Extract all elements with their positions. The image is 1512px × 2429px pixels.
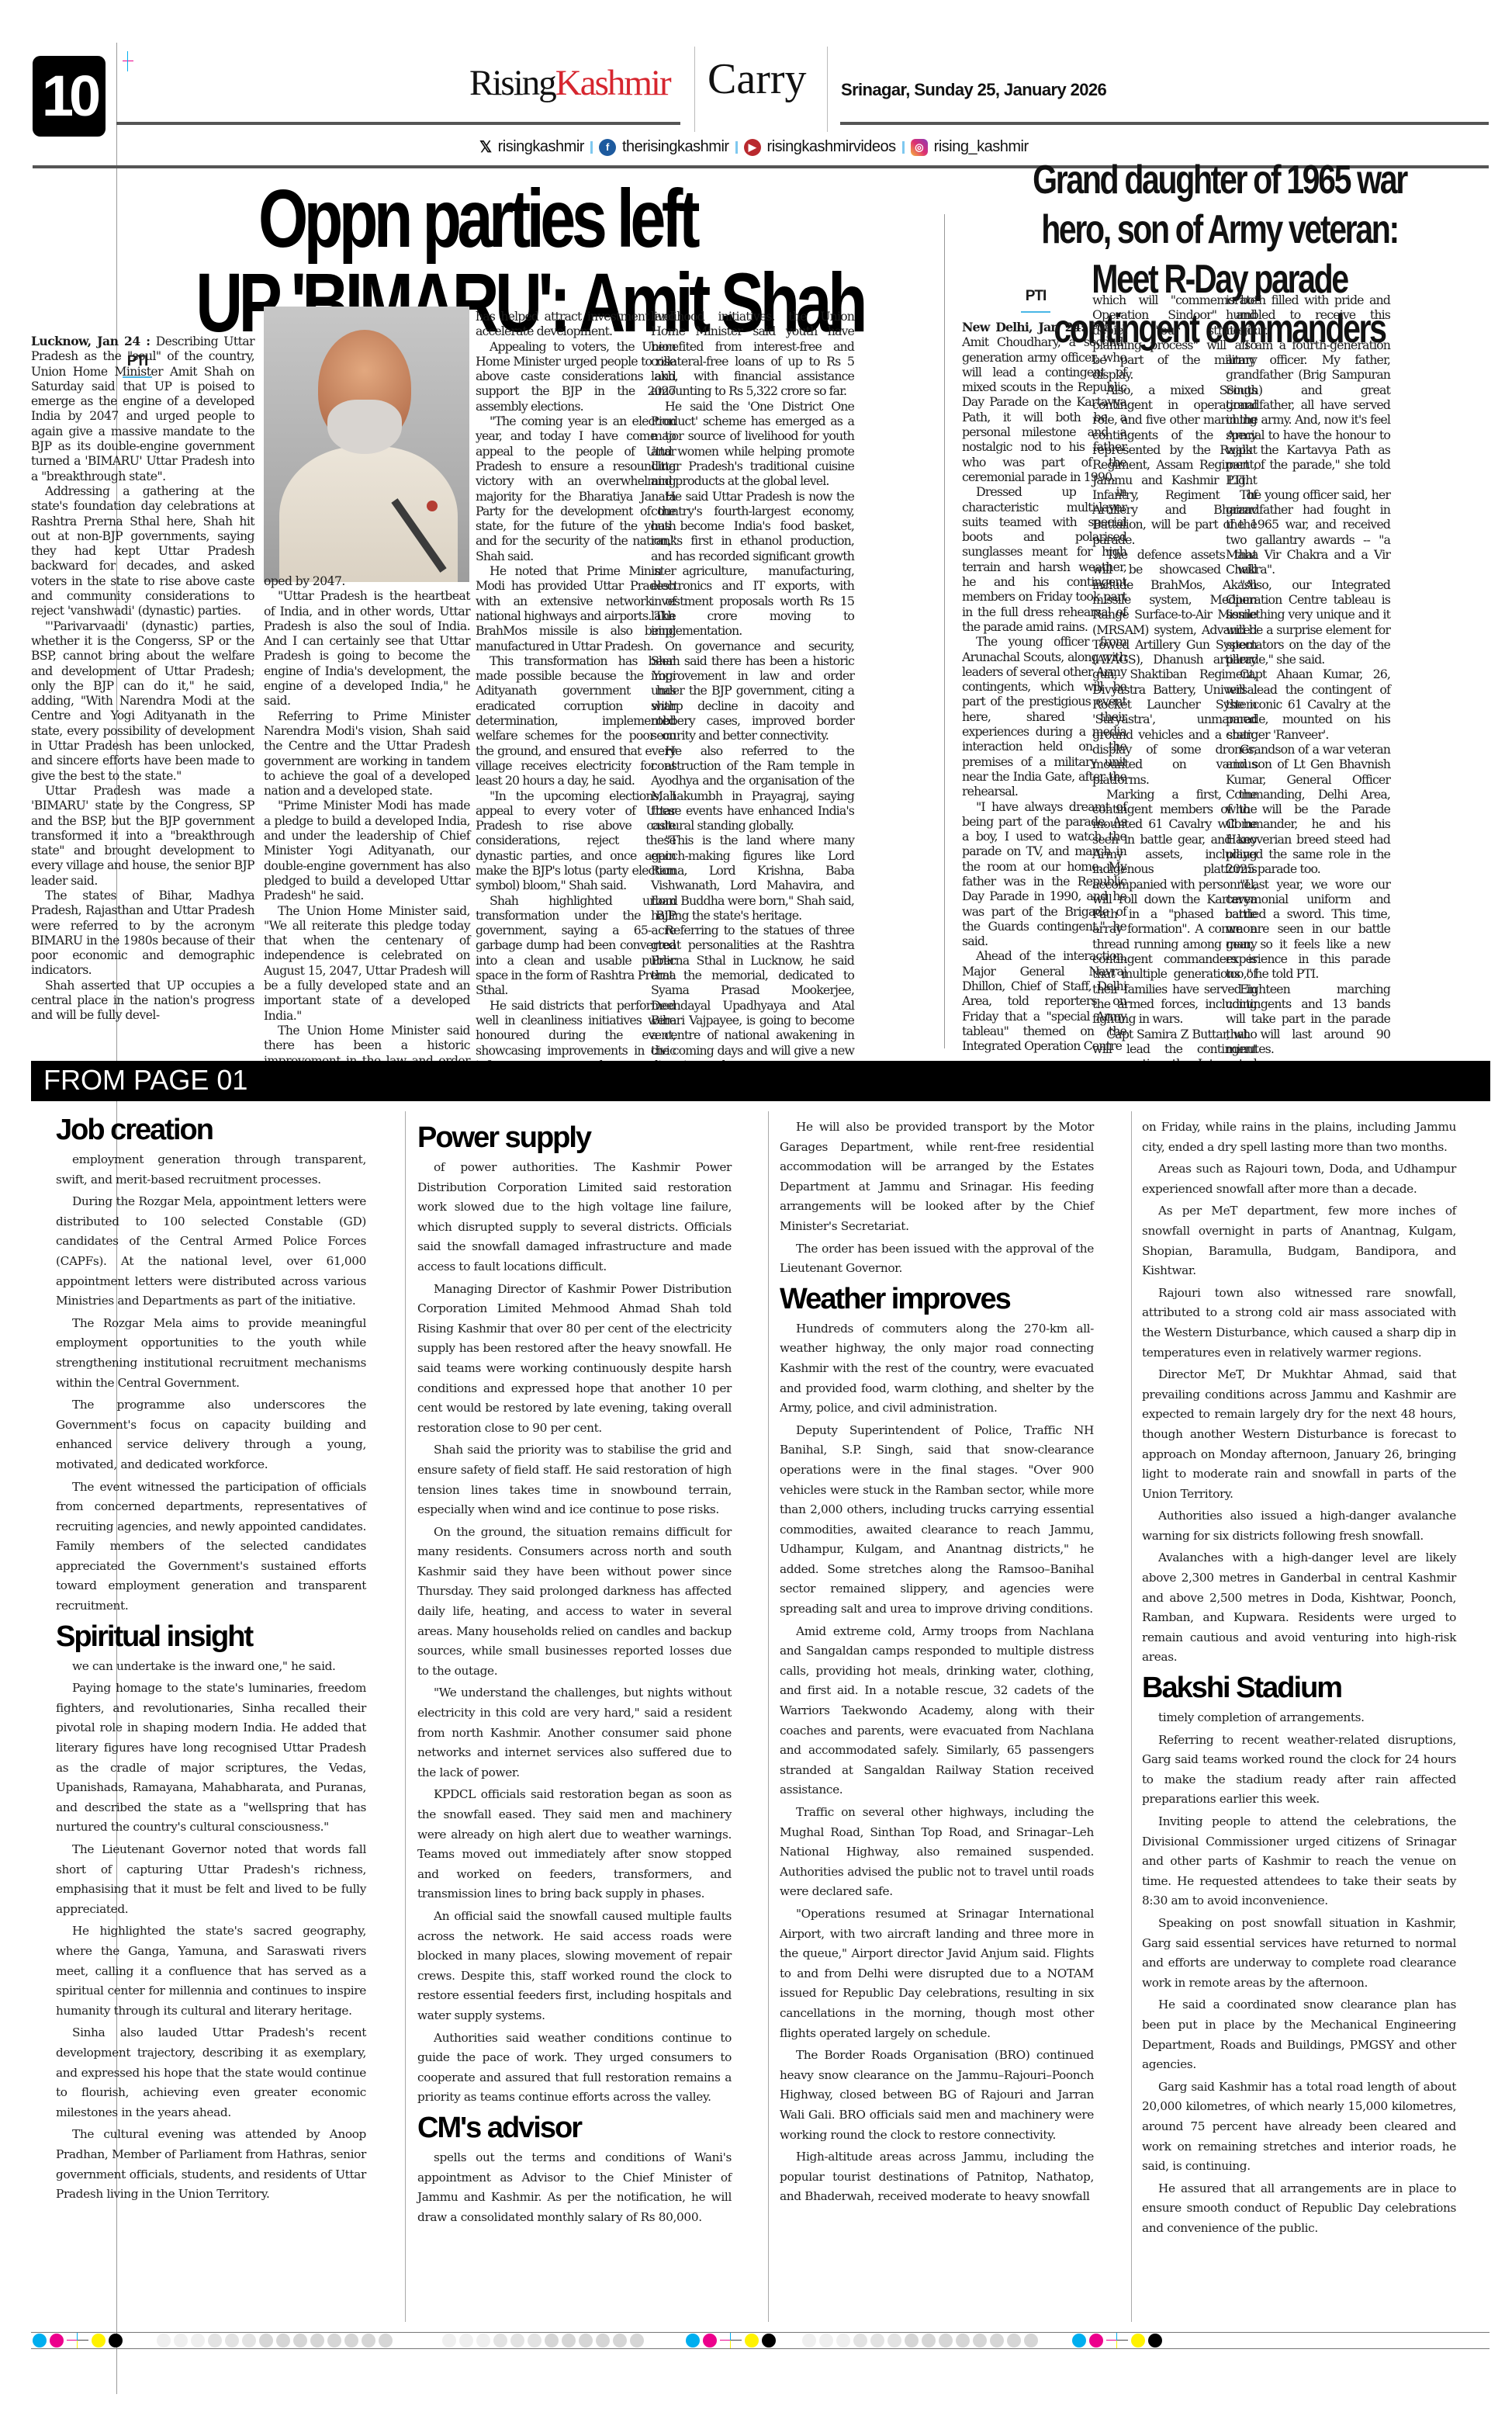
instagram-icon: ◎ [911,139,928,156]
side-dateline: New Delhi, Jan 24: [962,320,1085,334]
section-heading-weather-improves: Weather improves [780,1282,1094,1316]
registration-mark-icon [123,51,133,71]
social-handle-youtube[interactable]: risingkashmirvideos [767,138,896,156]
column-rule [405,1111,406,2322]
section-name: Carry [708,54,807,104]
main-story-col-4: livelihood initiatives, the Union Home M… [651,309,854,1072]
separator [902,141,905,154]
x-icon: 𝕏 [479,139,492,156]
print-color-bar [31,2332,1490,2349]
black-swatch-icon [109,2334,123,2348]
story-divider [944,214,945,1048]
masthead-divider [827,47,828,132]
cyan-swatch-icon [33,2334,47,2348]
yellow-swatch-icon [92,2334,106,2348]
facebook-icon: f [599,139,616,156]
masthead-rule [116,122,680,125]
social-handles: 𝕏 risingkashmir f therisingkashmir ▶ ris… [479,138,1029,156]
masthead-rule [840,122,1489,125]
main-dateline: Lucknow, Jan 24 : [31,334,151,348]
separator [735,141,738,154]
fp-column-2: Power supply of power authorities. The K… [417,1117,732,2230]
fp-column-4: on Friday, while rains in the plains, in… [1142,1117,1456,2240]
fp-column-3: He will also be provided transport by th… [780,1117,1094,2209]
youtube-icon: ▶ [744,139,761,156]
social-handle-instagram[interactable]: rising_kashmir [934,138,1029,156]
amit-shah-photo [264,307,469,582]
brand-logo: RisingKashmir [469,62,670,104]
section-heading-bakshi-stadium: Bakshi Stadium [1142,1671,1456,1705]
edition-dateline: Srinagar, Sunday 25, January 2026 [841,80,1106,100]
column-rule [768,1111,769,2322]
brand-kashmir: Kashmir [555,63,670,103]
crosshair-icon [67,2333,88,2348]
column-rule [1131,1111,1132,2322]
page-number: 10 [33,56,106,137]
separator [590,141,593,154]
from-page-01-banner: FROM PAGE 01 [31,1061,1490,1101]
main-story-col-3: has helped attract investment and accele… [476,309,676,1087]
social-handle-x[interactable]: risingkashmir [498,138,584,156]
section-heading-power-supply: Power supply [417,1121,732,1155]
side-byline: PTI [1012,288,1059,313]
section-heading-cms-advisor: CM's advisor [417,2111,732,2145]
main-headline-line1: Oppn parties left [258,173,696,265]
masthead-divider [694,47,695,132]
section-heading-spiritual-insight: Spiritual insight [56,1620,366,1654]
main-story-col-1: Lucknow, Jan 24 : Describing Uttar Prade… [31,334,254,1024]
social-handle-facebook[interactable]: therisingkashmir [622,138,729,156]
fp-column-1: Job creation employment generation throu… [56,1110,366,2207]
brand-rising: Rising [469,63,555,103]
magenta-swatch-icon [50,2334,64,2348]
from-page-01-label: FROM PAGE 01 [43,1064,247,1097]
side-story-col-3: is both filled with pride and humbled to… [1226,293,1390,1056]
section-heading-job-creation: Job creation [56,1113,366,1147]
main-story-col-2: oped by 2047. "Uttar Pradesh is the hear… [264,574,470,1098]
